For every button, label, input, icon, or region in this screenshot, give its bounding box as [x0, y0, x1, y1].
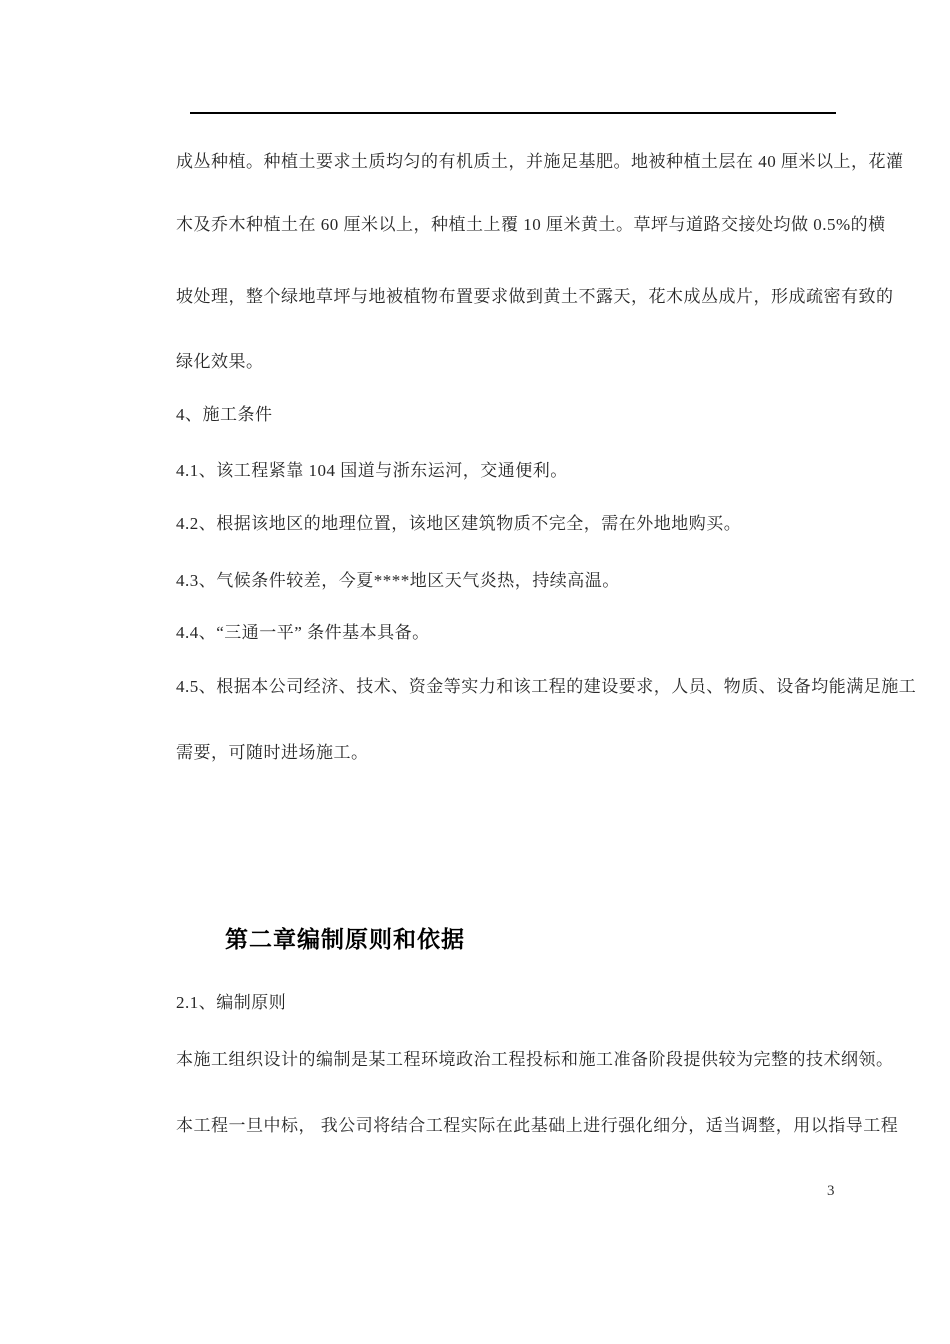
document-page: 成丛种植。种植土要求土质均匀的有机质土，并施足基肥。地被种植土层在 40 厘米以… — [0, 0, 950, 1344]
body-line: 木及乔木种植土在 60 厘米以上，种植土上覆 10 厘米黄土。草坪与道路交接处均… — [176, 215, 886, 235]
header-rule — [190, 112, 836, 114]
body-line: 成丛种植。种植土要求土质均匀的有机质土，并施足基肥。地被种植土层在 40 厘米以… — [176, 152, 904, 172]
section-title: 2.1、编制原则 — [176, 993, 286, 1013]
page-number: 3 — [827, 1183, 835, 1200]
list-item: 4.3、气候条件较差，今夏****地区天气炎热，持续高温。 — [176, 571, 620, 591]
section-title: 4、施工条件 — [176, 405, 273, 425]
body-line: 坡处理，整个绿地草坪与地被植物布置要求做到黄土不露天，花木成丛成片，形成疏密有致… — [176, 287, 894, 307]
list-item: 4.2、根据该地区的地理位置，该地区建筑物质不完全，需在外地地购买。 — [176, 514, 741, 534]
chapter-heading: 第二章编制原则和依据 — [225, 921, 465, 954]
body-line: 本工程一旦中标， 我公司将结合工程实际在此基础上进行强化细分，适当调整，用以指导… — [176, 1116, 898, 1136]
list-item-continuation: 需要，可随时进场施工。 — [176, 743, 369, 763]
body-line: 绿化效果。 — [176, 352, 264, 372]
body-line: 本施工组织设计的编制是某工程环境政治工程投标和施工准备阶段提供较为完整的技术纲领… — [176, 1050, 894, 1070]
list-item: 4.1、该工程紧靠 104 国道与浙东运河，交通便利。 — [176, 461, 568, 481]
list-item: 4.4、“三通一平” 条件基本具备。 — [176, 623, 430, 643]
list-item: 4.5、根据本公司经济、技术、资金等实力和该工程的建设要求，人员、物质、设备均能… — [176, 677, 916, 697]
